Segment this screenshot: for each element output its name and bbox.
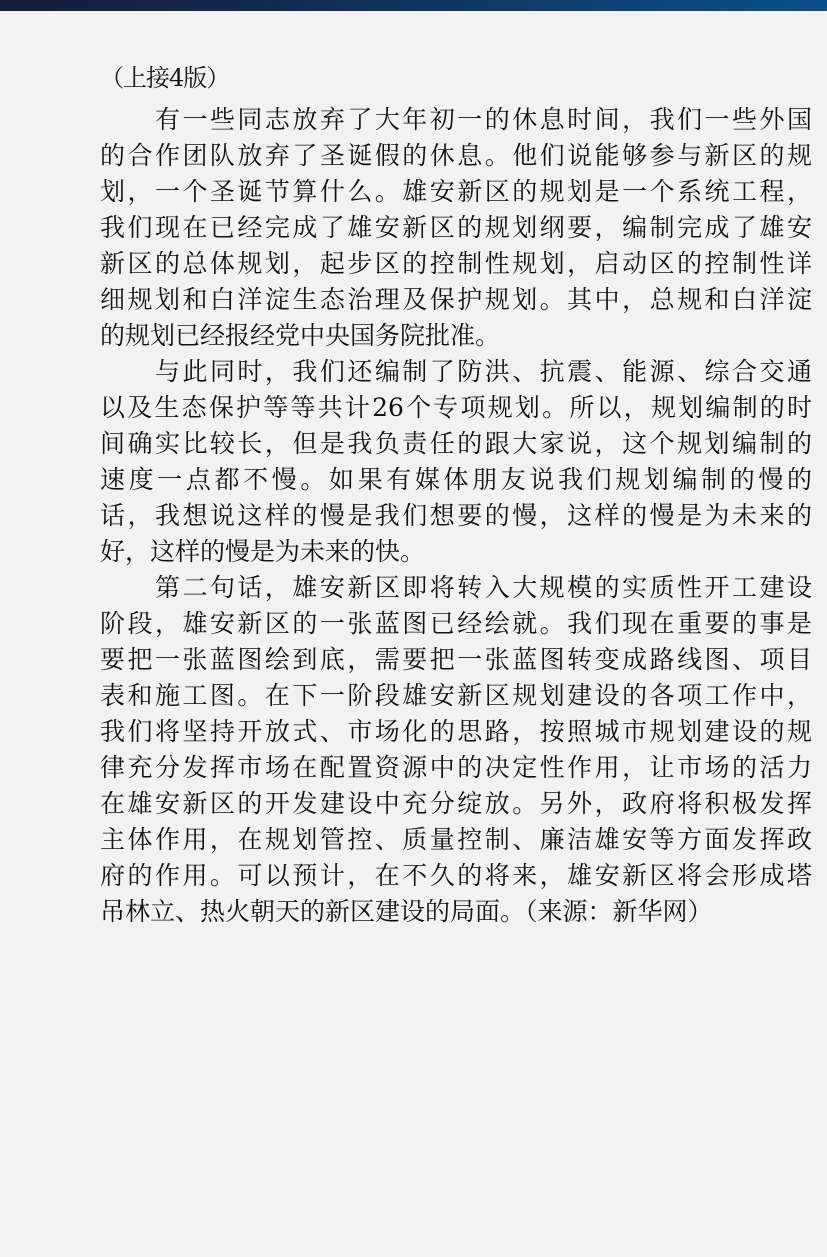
- text-line: 新区的总体规划，起步区的控制性规划，启动区的控制性详: [100, 246, 812, 282]
- paragraph-1: 有一些同志放弃了大年初一的休息时间，我们一些外国 的合作团队放弃了圣诞假的休息。…: [100, 102, 812, 354]
- text-line: 细规划和白洋淀生态治理及保护规划。其中，总规和白洋淀: [100, 282, 812, 318]
- text-line: 要把一张蓝图绘到底，需要把一张蓝图转变成路线图、项目: [100, 642, 812, 678]
- text-line: 律充分发挥市场在配置资源中的决定性作用，让市场的活力: [100, 750, 812, 786]
- text-line: 的规划已经报经党中央国务院批准。: [100, 318, 812, 354]
- text-line: 好，这样的慢是为未来的快。: [100, 534, 812, 570]
- header-bar: [0, 0, 827, 11]
- text-line: 第二句话，雄安新区即将转入大规模的实质性开工建设: [100, 570, 812, 606]
- paragraph-2: 与此同时，我们还编制了防洪、抗震、能源、综合交通 以及生态保护等等共计26个专项…: [100, 354, 812, 570]
- text-line: 阶段，雄安新区的一张蓝图已经绘就。我们现在重要的事是: [100, 606, 812, 642]
- text-line: 以及生态保护等等共计26个专项规划。所以，规划编制的时: [100, 390, 812, 426]
- text-line: 有一些同志放弃了大年初一的休息时间，我们一些外国: [100, 102, 812, 138]
- text-line: 我们现在已经完成了雄安新区的规划纲要，编制完成了雄安: [100, 210, 812, 246]
- text-line: 与此同时，我们还编制了防洪、抗震、能源、综合交通: [100, 354, 812, 390]
- text-line: 间确实比较长，但是我负责任的跟大家说，这个规划编制的: [100, 426, 812, 462]
- text-line: 主体作用，在规划管控、质量控制、廉洁雄安等方面发挥政: [100, 822, 812, 858]
- text-line: 的合作团队放弃了圣诞假的休息。他们说能够参与新区的规: [100, 138, 812, 174]
- continued-from-note: （上接4版）: [100, 60, 812, 96]
- text-line: 话，我想说这样的慢是我们想要的慢，这样的慢是为未来的: [100, 498, 812, 534]
- article-page: （上接4版） 有一些同志放弃了大年初一的休息时间，我们一些外国 的合作团队放弃了…: [100, 60, 812, 930]
- text-line: 速度一点都不慢。如果有媒体朋友说我们规划编制的慢的: [100, 462, 812, 498]
- text-line: 表和施工图。在下一阶段雄安新区规划建设的各项工作中，: [100, 678, 812, 714]
- paragraph-3: 第二句话，雄安新区即将转入大规模的实质性开工建设 阶段，雄安新区的一张蓝图已经绘…: [100, 570, 812, 930]
- text-line-source: 吊林立、热火朝天的新区建设的局面。（来源：新华网）: [100, 894, 812, 930]
- text-line: 我们将坚持开放式、市场化的思路，按照城市规划建设的规: [100, 714, 812, 750]
- text-line: 在雄安新区的开发建设中充分绽放。另外，政府将积极发挥: [100, 786, 812, 822]
- text-line: 划，一个圣诞节算什么。雄安新区的规划是一个系统工程，: [100, 174, 812, 210]
- text-line: 府的作用。可以预计，在不久的将来，雄安新区将会形成塔: [100, 858, 812, 894]
